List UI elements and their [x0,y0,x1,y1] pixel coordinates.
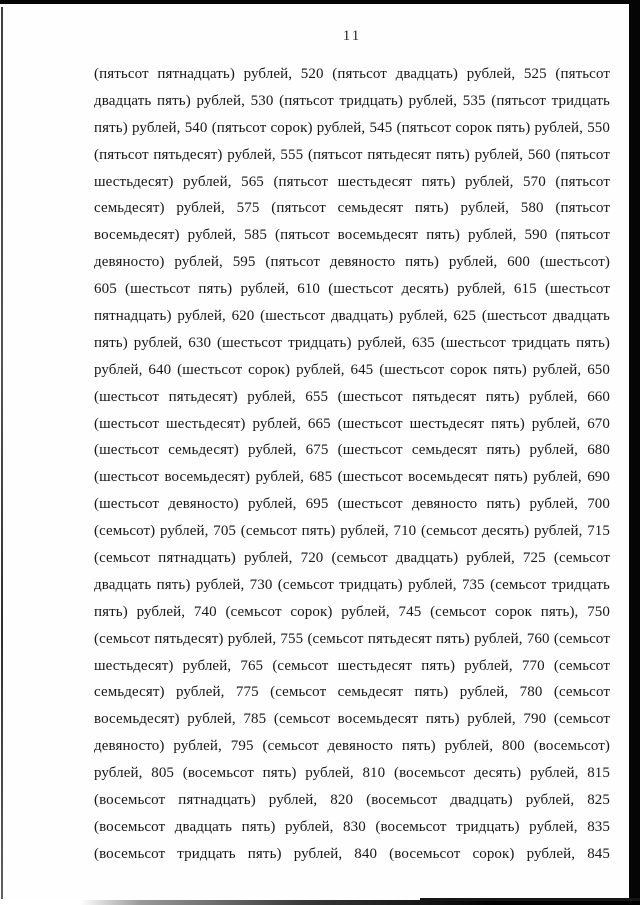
text-line: пятнадцать) рублей, 620 (шестьсот двадца… [94,303,610,330]
body-text: (пятьсот пятнадцать) рублей, 520 (пятьсо… [94,61,610,868]
text-line: восемьдесят) рублей, 785 (семьсот восемь… [94,706,610,733]
text-line: 605 (шестьсот пять) рублей, 610 (шестьсо… [94,276,610,303]
text-line: (семьсот) рублей, 705 (семьсот пять) руб… [94,518,610,545]
text-line: рублей, 640 (шестьсот сорок) рублей, 645… [94,357,610,384]
text-line: (шестьсот восемьдесят) рублей, 685 (шест… [94,464,610,491]
text-line: двадцать пять) рублей, 530 (пятьсот трид… [94,88,610,115]
text-line: шестьдесят) рублей, 565 (пятьсот шестьде… [94,169,610,196]
text-line: пять) рублей, 740 (семьсот сорок) рублей… [94,599,610,626]
text-line: девяносто) рублей, 595 (пятьсот девяност… [94,249,610,276]
text-line: (шестьсот девяносто) рублей, 695 (шестьс… [94,491,610,518]
text-line: (восемьсот тридцать пять) рублей, 840 (в… [94,841,610,868]
scan-artifact-bottom-edge-right [420,898,640,901]
text-line: (шестьсот пятьдесят) рублей, 655 (шестьс… [94,384,610,411]
scan-artifact-top-edge [0,0,640,4]
text-line: семьдесят) рублей, 775 (семьсот семьдеся… [94,679,610,706]
text-line: (шестьсот шестьдесят) рублей, 665 (шесть… [94,411,610,438]
text-line: двадцать пять) рублей, 730 (семьсот трид… [94,572,610,599]
text-line: (семьсот пятнадцать) рублей, 720 (семьсо… [94,545,610,572]
text-line: (восемьсот двадцать пять) рублей, 830 (в… [94,814,610,841]
scan-artifact-right-edge [629,0,640,905]
text-line: девяносто) рублей, 795 (семьсот девяност… [94,733,610,760]
page-number: 11 [94,28,610,45]
text-line: (пятьсот пятнадцать) рублей, 520 (пятьсо… [94,61,610,88]
text-line: (пятьсот пятьдесят) рублей, 555 (пятьсот… [94,142,610,169]
text-line: (шестьсот семьдесят) рублей, 675 (шестьс… [94,437,610,464]
scan-artifact-left-line [1,7,3,899]
text-line: пять) рублей, 630 (шестьсот тридцать) ру… [94,330,610,357]
text-line: рублей, 805 (восемьсот пять) рублей, 810… [94,760,610,787]
text-line: семьдесят) рублей, 575 (пятьсот семьдеся… [94,195,610,222]
text-line: (восемьсот пятнадцать) рублей, 820 (восе… [94,787,610,814]
text-line: пять) рублей, 540 (пятьсот сорок) рублей… [94,115,610,142]
text-line: восемьдесят) рублей, 585 (пятьсот восемь… [94,222,610,249]
text-line: шестьдесят) рублей, 765 (семьсот шестьде… [94,653,610,680]
text-line: (семьсот пятьдесят) рублей, 755 (семьсот… [94,626,610,653]
